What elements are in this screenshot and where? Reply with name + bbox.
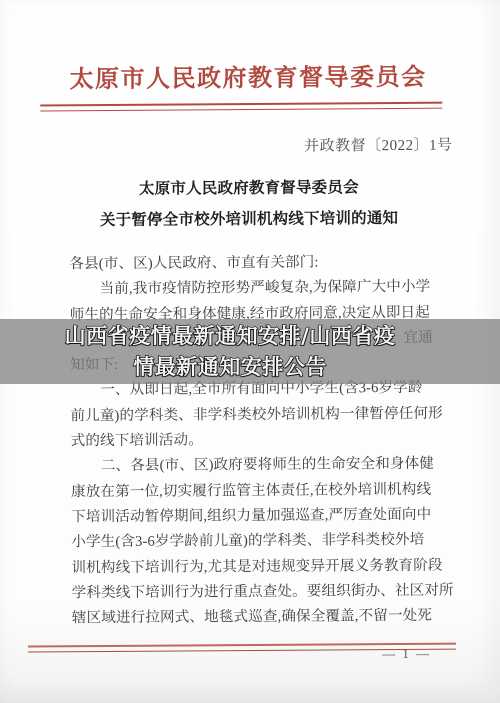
body-line: 当前,我市疫情防控形势严峻复杂,为保障广大中小学 (69, 275, 456, 303)
watermark-line1: 山西省疫情最新通知安排/山西省疫 (0, 321, 460, 352)
body-line: 辖区域进行拉网式、地毯式巡查,确保全覆盖,不留一处死 (72, 604, 459, 632)
body-line: 小学生(含3-6岁学龄前儿童)的学科类、非学科类校外培 (71, 528, 458, 556)
body-line: 前儿童)的学科类、非学科类校外培训机构一律暂停任何形 (70, 401, 457, 429)
body-line: 二、各县(市、区)政府要将师生的生命安全和身体健 (71, 452, 458, 480)
body-line: 下培训活动暂停期间,组织力量加强巡查,严厉查处面向中 (71, 503, 458, 531)
watermark-line2: 情最新通知安排公告 (0, 352, 460, 383)
document-number: 并政教督〔2022〕1号 (304, 134, 453, 156)
body-line: 各县(市、区)人民政府、市直有关部门: (69, 250, 456, 278)
body-line: 式的线下培训活动。 (71, 427, 458, 455)
letterhead-divider (40, 102, 442, 112)
notice-title-line1: 太原市人民政府教育督导委员会 (0, 174, 499, 199)
page-number: — 1 — (382, 646, 431, 662)
body-text: 各县(市、区)人民政府、市直有关部门:当前,我市疫情防控形势严峻复杂,为保障广大… (69, 250, 459, 632)
body-line: 学科类线下培训行为进行重点查处。要组织街办、社区对所 (72, 578, 459, 606)
watermark-overlay: 山西省疫情最新通知安排/山西省疫 情最新通知安排公告 (0, 319, 500, 384)
notice-title-line2: 关于暂停全市校外培训机构线下培训的通知 (0, 205, 499, 230)
body-line: 训机构线下培训行为,尤其是对违规变异开展义务教育阶段 (71, 553, 458, 581)
document-photo: 太原市人民政府教育督导委员会 并政教督〔2022〕1号 太原市人民政府教育督导委… (0, 0, 500, 703)
letterhead-title: 太原市人民政府教育督导委员会 (0, 56, 498, 94)
body-line: 康放在第一位,切实履行监管主体责任,在校外培训机构线 (71, 477, 458, 505)
